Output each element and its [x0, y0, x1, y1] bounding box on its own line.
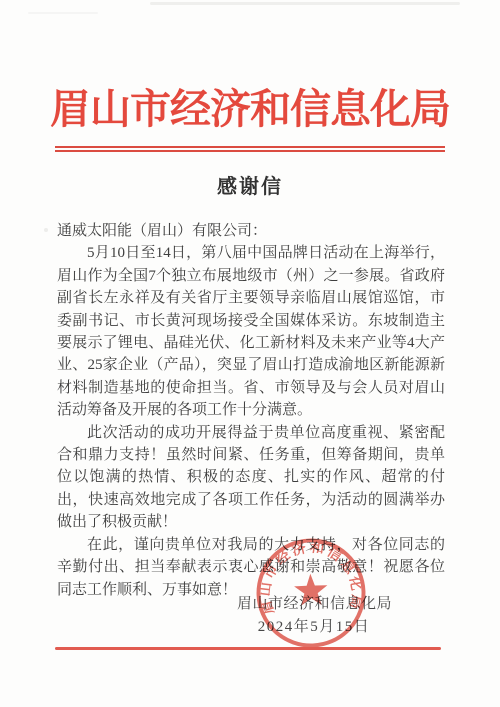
paragraph: 5月10日至14日，第八届中国品牌日活动在上海举行，眉山作为全国7个独立布展地级…: [57, 242, 445, 421]
letter-body: 通威太阳能（眉山）有限公司： 5月10日至14日，第八届中国品牌日活动在上海举行…: [57, 220, 445, 601]
paragraph: 在此，谨向贵单位对我局的大力支持，对各位同志的辛勤付出、担当奉献表示衷心感谢和崇…: [57, 534, 445, 601]
letterhead-double-rule: [55, 146, 445, 152]
signature-date: 2024年5月15日: [237, 616, 391, 639]
signature-agency-name: 眉山市经济和信息化局: [237, 593, 391, 616]
footer-rule: [55, 647, 441, 650]
signature-block: 眉山市经济和信息化局 2024年5月15日: [237, 593, 391, 639]
scanned-letter-page: 眉山市经济和信息化局 感谢信 通威太阳能（眉山）有限公司： 5月10日至14日，…: [0, 0, 500, 707]
salutation: 通威太阳能（眉山）有限公司：: [57, 220, 445, 242]
scan-artifact: [44, 228, 48, 232]
letterhead-agency-name: 眉山市经济和信息化局: [28, 86, 472, 133]
scan-artifact: [28, 12, 98, 14]
scan-artifact: [150, 2, 460, 5]
letter-title: 感谢信: [0, 170, 500, 199]
paragraph: 此次活动的成功开展得益于贵单位高度重视、紧密配合和鼎力支持！虽然时间紧、任务重，…: [57, 422, 445, 534]
